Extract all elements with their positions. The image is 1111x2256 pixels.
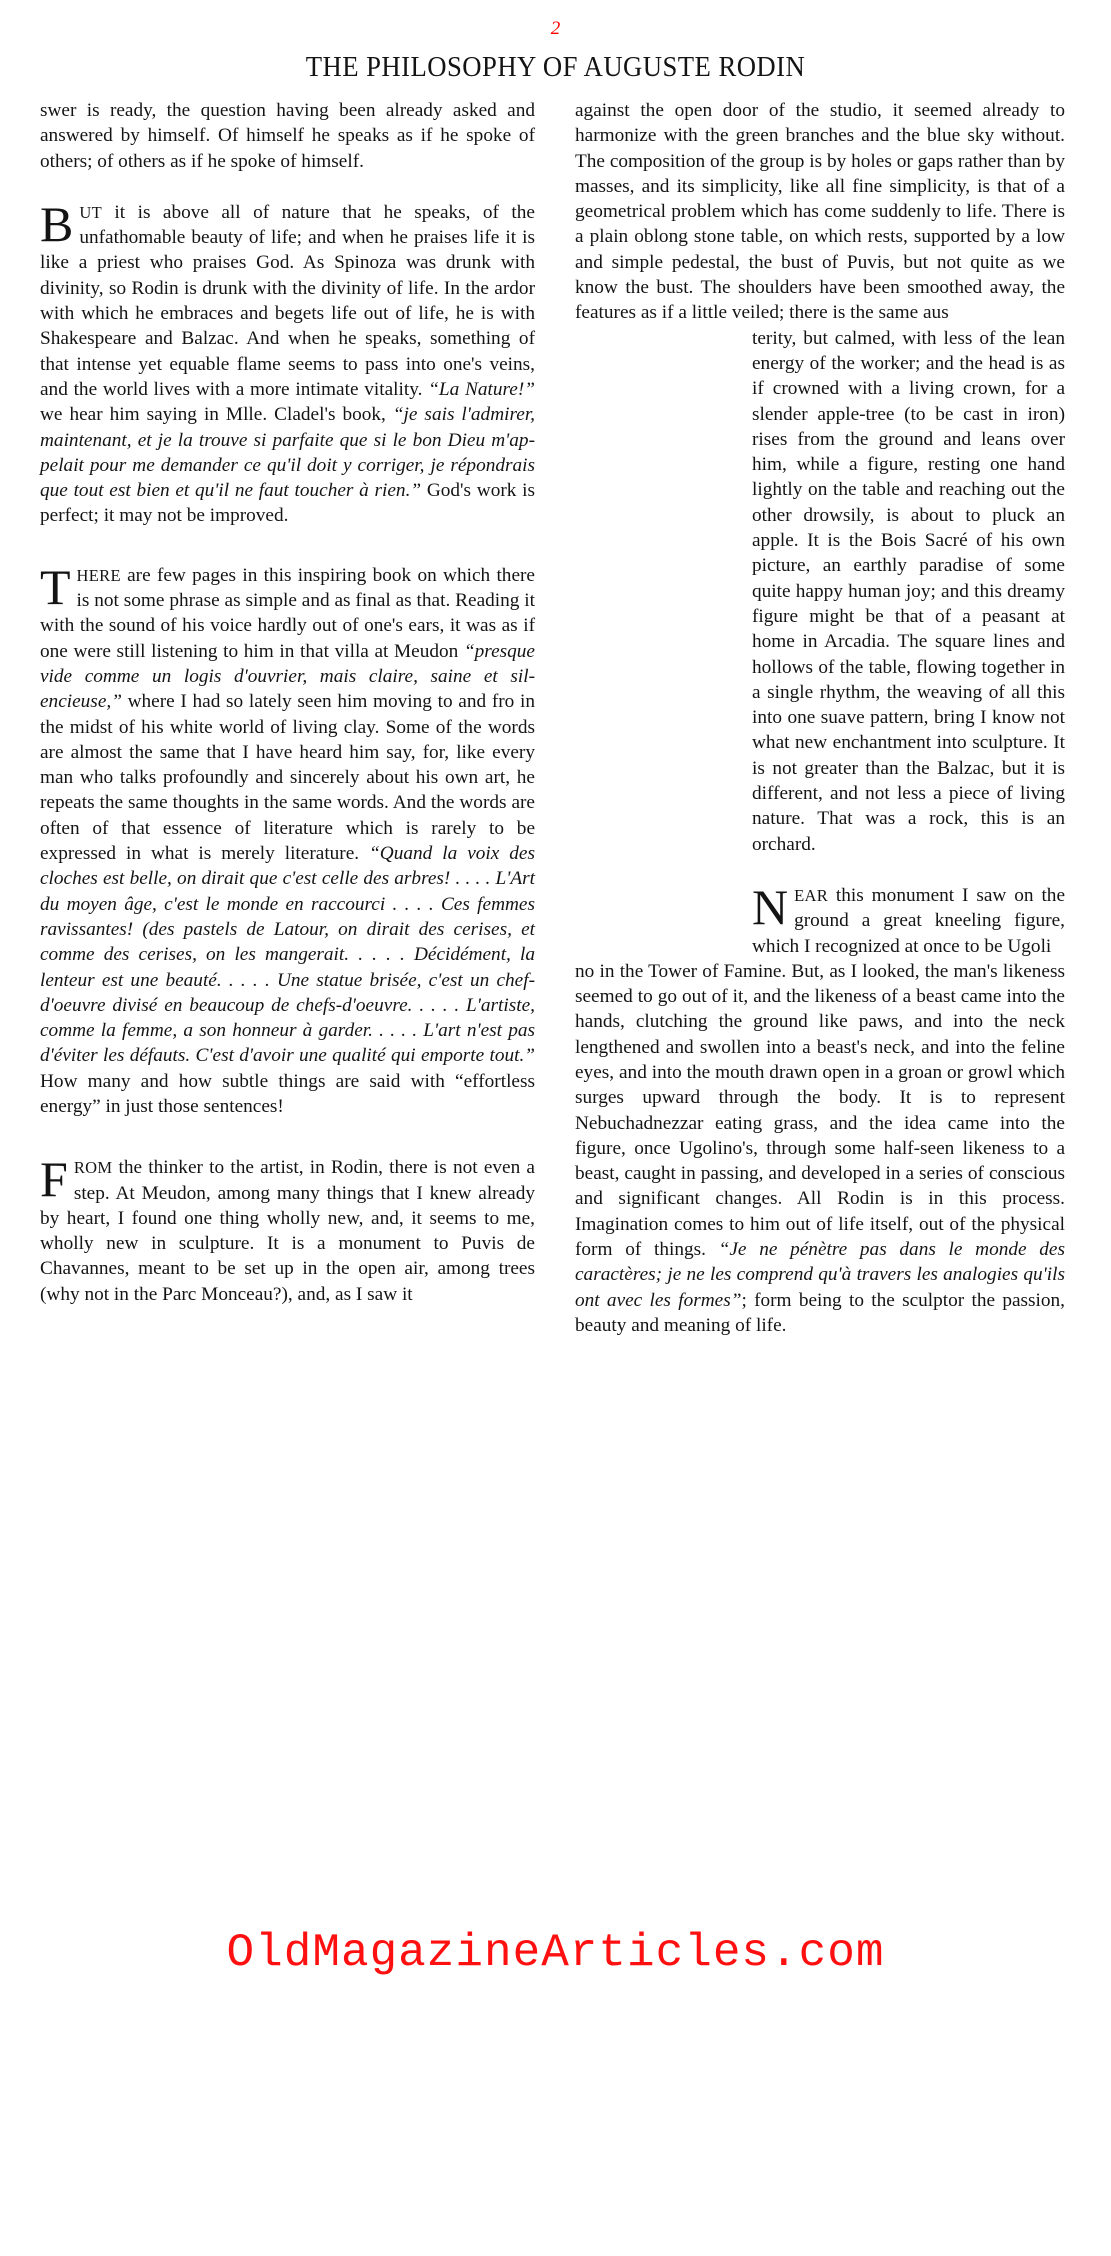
paragraph: swer is ready, the question having been …	[40, 98, 535, 174]
drop-cap: F	[40, 1159, 68, 1199]
paragraph-text: we hear him saying in Mlle. Cladel's boo…	[40, 404, 393, 425]
drop-cap: N	[752, 887, 788, 927]
right-column: against the open door of the studio, it …	[575, 98, 1065, 1338]
paragraph-text: where I had so lately seen him mov­ing t…	[40, 691, 535, 864]
paragraph-text: it is above all of nature that he speaks…	[40, 202, 535, 400]
lead-smallcaps: ROM	[74, 1158, 113, 1177]
paragraph-text: the thinker to the artist, in Rodin, the…	[40, 1157, 535, 1304]
lead-smallcaps: HERE	[77, 566, 121, 585]
left-column: swer is ready, the question having been …	[40, 98, 535, 1307]
french-quote: “La Na­ture!”	[428, 379, 535, 400]
drop-cap: B	[40, 204, 73, 244]
paragraph-text: no in the Tower of Famine. But, as I loo…	[575, 961, 1065, 1260]
article-title: THE PHILOSOPHY OF AUGUSTE RODIN	[44, 50, 1066, 84]
paragraph-indented-lead: NEAR this monument I saw on the ground a…	[752, 883, 1065, 959]
paragraph-text: terity, but calmed, with less of the lea…	[752, 328, 1065, 855]
paragraph-continuation: no in the Tower of Famine. But, as I loo…	[575, 959, 1065, 1338]
paragraph-text: swer is ready, the question having been …	[40, 100, 535, 172]
site-watermark: OldMagazineArticles.com	[0, 1925, 1111, 1981]
paragraph-text: How many and how subtle things are said …	[40, 1071, 535, 1117]
drop-cap: T	[40, 567, 71, 607]
paragraph-indented-block: terity, but calmed, with less of the lea…	[752, 326, 1065, 857]
paragraph: BUT it is above all of nature that he sp…	[40, 200, 535, 529]
paragraph: against the open door of the studio, it …	[575, 98, 1065, 326]
paragraph-text: against the open door of the studio, it …	[575, 100, 1065, 323]
french-quote: “Quand la voix des cloches est belle, on…	[40, 843, 535, 1066]
paragraph: NEAR this monument I saw on the ground a…	[575, 883, 1065, 1338]
paragraph: THERE are few pages in this inspiring bo…	[40, 563, 535, 1120]
lead-smallcaps: EAR	[794, 886, 828, 905]
paragraph: FROM the thinker to the artist, in Rodin…	[40, 1155, 535, 1307]
lead-smallcaps: UT	[79, 203, 102, 222]
page-number: 2	[0, 18, 1111, 40]
